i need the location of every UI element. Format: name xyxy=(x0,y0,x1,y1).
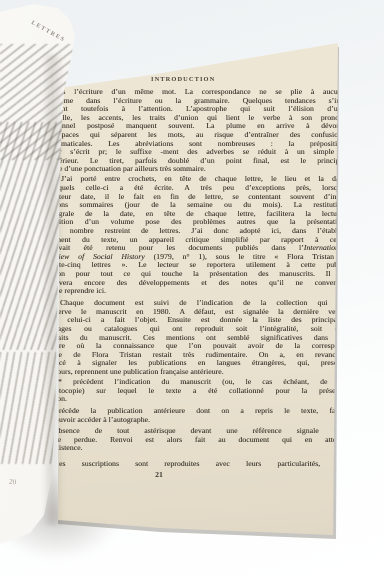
text-line: de reprendre ici. xyxy=(55,287,345,296)
text-line: ouvoir accéder à l’autographe. xyxy=(55,416,345,425)
running-head: LETTRES xyxy=(30,20,66,44)
left-page-text-texture xyxy=(0,352,58,464)
text-block: ans l’écriture d’un même mot. La corresp… xyxy=(55,88,345,468)
left-page-text-texture xyxy=(0,122,64,350)
page-number-right: 21 xyxy=(146,470,172,479)
text-line: re perdue. Renvoi est alors fait au docu… xyxy=(55,436,345,445)
text-line: xistence. xyxy=(55,444,345,453)
book-photo: INTRODUCTION ans l’écriture d’un même mo… xyxy=(0,0,384,576)
text-line: es suscriptions sont reproduites avec le… xyxy=(55,460,345,469)
chapter-heading: INTRODUCTION xyxy=(151,76,215,83)
text-line: ion. xyxy=(55,395,345,404)
text-line: jours, reprennent une publication frança… xyxy=(55,368,345,377)
text-line: otocopie) sur lequel le texte a été coll… xyxy=(55,387,345,396)
text-line: ne d’une ponctuation par ailleurs très s… xyxy=(55,165,345,174)
page-number-left: 20 xyxy=(9,478,17,487)
